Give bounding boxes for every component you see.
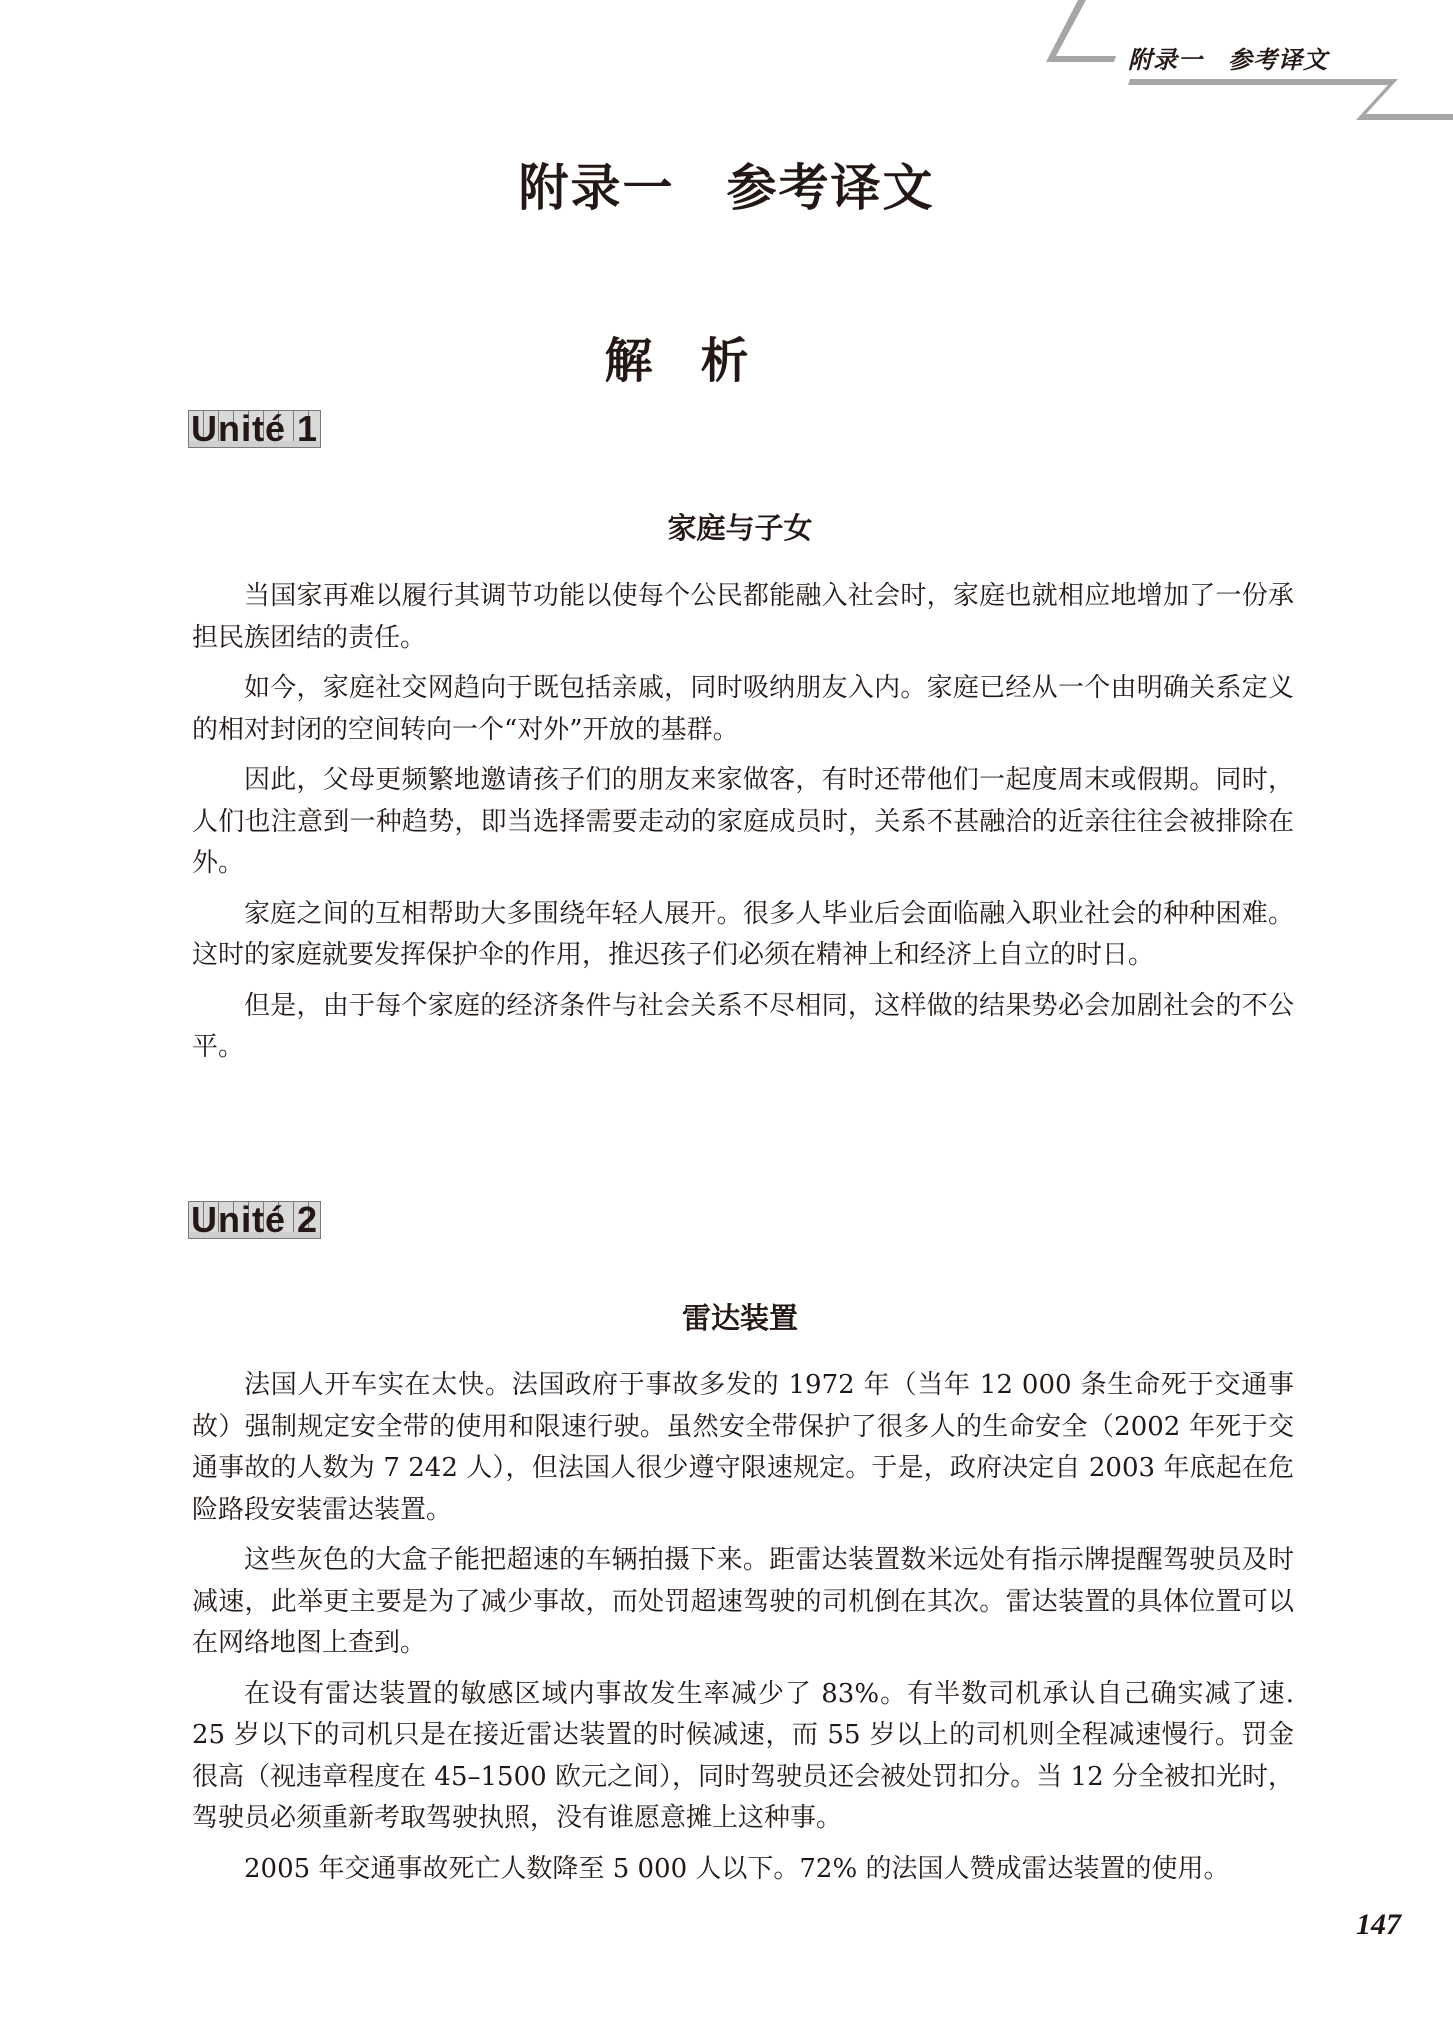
- paragraph: 因此，父母更频繁地邀请孩子们的朋友来家做客，有时还带他们一起度周末或假期。同时，…: [192, 760, 1294, 885]
- header-stroke-left: [1046, 0, 1116, 62]
- unit-heading: Unité 2: [188, 1201, 321, 1239]
- paragraph: 当国家再难以履行其调节功能以使每个公民都能融入社会时，家庭也就相应地增加了一份承…: [192, 576, 1294, 659]
- paragraph: 在设有雷达装置的敏感区域内事故发生率减少了 83%。有半数司机承认自己确实减了速…: [192, 1674, 1294, 1840]
- article-body: 法国人开车实在太快。法国政府于事故多发的 1972 年（当年 12 000 条生…: [192, 1365, 1294, 1899]
- running-head: 附录一 参考译文: [1128, 40, 1328, 75]
- paragraph: 家庭之间的互相帮助大多围绕年轻人展开。很多人毕业后会面临融入职业社会的种种困难。…: [192, 894, 1294, 977]
- page-title: 附录一 参考译文: [0, 148, 1453, 220]
- article-body: 当国家再难以履行其调节功能以使每个公民都能融入社会时，家庭也就相应地增加了一份承…: [192, 576, 1294, 1078]
- paragraph: 法国人开车实在太快。法国政府于事故多发的 1972 年（当年 12 000 条生…: [192, 1365, 1294, 1531]
- section-title: 解 析: [0, 322, 1353, 391]
- paragraph: 但是，由于每个家庭的经济条件与社会关系不尽相同，这样做的结果势必会加剧社会的不公…: [192, 986, 1294, 1069]
- paragraph: 这些灰色的大盒子能把超速的车辆拍摄下来。距雷达装置数米远处有指示牌提醒驾驶员及时…: [192, 1540, 1294, 1665]
- page-number: 147: [1356, 1908, 1401, 1942]
- article-title: 雷达装置: [0, 1296, 1453, 1337]
- paragraph: 如今，家庭社交网趋向于既包括亲戚，同时吸纳朋友入内。家庭已经从一个由明确关系定义…: [192, 668, 1294, 751]
- article-title: 家庭与子女: [0, 506, 1453, 547]
- header-stroke-right: [1128, 79, 1453, 120]
- paragraph: 2005 年交通事故死亡人数降至 5 000 人以下。72% 的法国人赞成雷达装…: [192, 1849, 1294, 1891]
- unit-heading: Unité 1: [188, 410, 321, 448]
